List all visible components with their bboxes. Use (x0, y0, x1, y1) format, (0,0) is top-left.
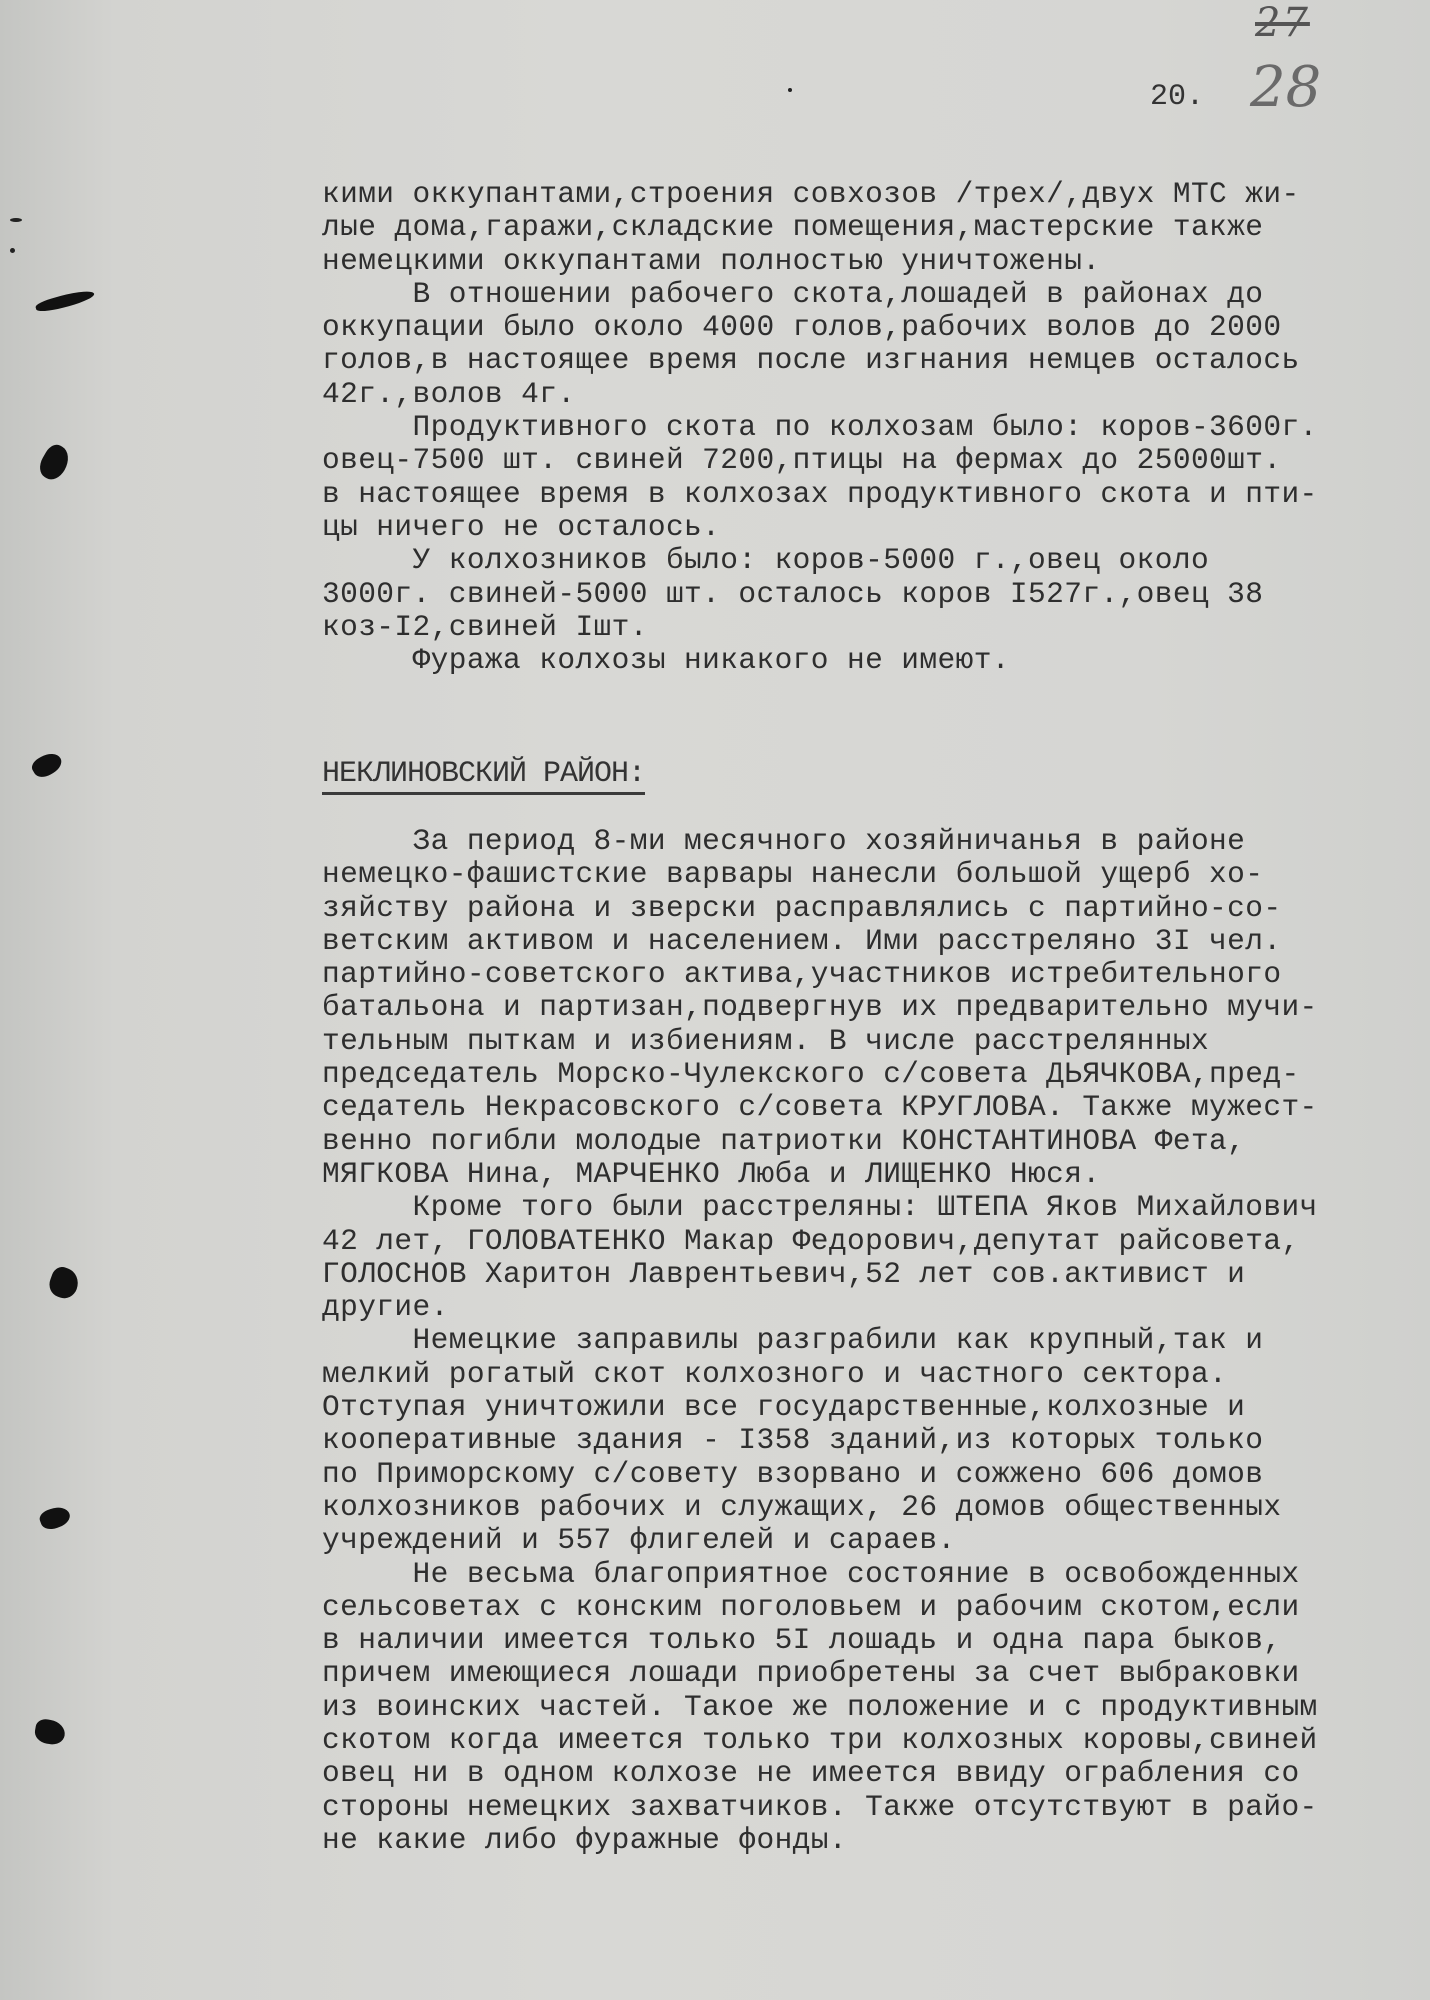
binder-hole-mark (37, 1503, 72, 1532)
text-line: мелкий рогатый скот колхозного и частног… (322, 1358, 1412, 1391)
text-line: лые дома,гаражи,складские помещения,маст… (322, 211, 1412, 244)
text-line: Немецкие заправилы разграбили как крупны… (322, 1324, 1412, 1357)
text-line: 3000г. свиней-5000 шт. осталось коров I5… (322, 578, 1412, 611)
text-line: сельсоветах с конским поголовьем и рабоч… (322, 1591, 1412, 1624)
text-line: в наличии имеется только 5I лошадь и одн… (322, 1624, 1412, 1657)
typed-page-number: 20. (1150, 80, 1204, 114)
text-line: председатель Морско-Чулекского с/совета … (322, 1058, 1412, 1091)
text-line: У колхозников было: коров-5000 г.,овец о… (322, 544, 1412, 577)
text-line: зяйству района и зверски расправлялись с… (322, 892, 1412, 925)
text-line: колхозников рабочих и служащих, 26 домов… (322, 1491, 1412, 1524)
text-line: В отношении рабочего скота,лошадей в рай… (322, 278, 1412, 311)
text-line: кими оккупантами,строения совхозов /трех… (322, 178, 1412, 211)
text-line: Не весьма благоприятное состояние в осво… (322, 1558, 1412, 1591)
paper-speck (788, 88, 792, 92)
text-line: овец ни в одном колхозе не имеется ввиду… (322, 1757, 1412, 1790)
text-line: венно погибли молодые патриотки КОНСТАНТ… (322, 1125, 1412, 1158)
text-line: из воинских частей. Такое же положение и… (322, 1691, 1412, 1724)
text-line: скотом когда имеется только три колхозны… (322, 1724, 1412, 1757)
text-line: Продуктивного скота по колхозам было: ко… (322, 411, 1412, 444)
text-line: ГОЛОСНОВ Харитон Лаврентьевич,52 лет сов… (322, 1258, 1412, 1291)
binder-hole-mark (34, 287, 95, 314)
text-line: кооперативные здания - I358 зданий,из ко… (322, 1424, 1412, 1457)
text-line: не какие либо фуражные фонды. (322, 1824, 1412, 1857)
text-line: овец-7500 шт. свиней 7200,птицы на ферма… (322, 444, 1412, 477)
text-line: Кроме того были расстреляны: ШТЕПА Яков … (322, 1191, 1412, 1224)
text-line: голов,в настоящее время после изгнания н… (322, 344, 1412, 377)
text-line: партийно-советского актива,участников ис… (322, 958, 1412, 991)
paper-speck (10, 218, 22, 222)
text-line: причем имеющиеся лошади приобретены за с… (322, 1657, 1412, 1690)
text-line: стороны немецких захватчиков. Также отсу… (322, 1791, 1412, 1824)
document-page: 27 20. 28 кими оккупантами,строения совх… (0, 0, 1430, 2000)
text-line: другие. (322, 1291, 1412, 1324)
binder-hole-mark (46, 1264, 83, 1302)
text-line: по Приморскому с/совету взорвано и сожже… (322, 1458, 1412, 1491)
text-line: ветским активом и населением. Ими расстр… (322, 925, 1412, 958)
text-line: 42г.,волов 4г. (322, 378, 1412, 411)
text-line: оккупации было около 4000 голов,рабочих … (322, 311, 1412, 344)
text-line: 42 лет, ГОЛОВАТЕНКО Макар Федорович,депу… (322, 1225, 1412, 1258)
text-block-neklinovsky: За период 8-ми месячного хозяйничанья в … (322, 825, 1412, 1857)
text-line: немецко-фашистские варвары нанесли больш… (322, 858, 1412, 891)
section-heading: НЕКЛИНОВСКИЙ РАЙОН: (322, 757, 645, 795)
text-line: коз-I2,свиней Iшт. (322, 611, 1412, 644)
binder-hole-mark (29, 749, 65, 781)
text-block-livestock: кими оккупантами,строения совхозов /трех… (322, 178, 1412, 677)
text-line: цы ничего не осталось. (322, 511, 1412, 544)
handwritten-page-number: 28 (1250, 55, 1321, 120)
text-line: учреждений и 557 флигелей и сараев. (322, 1524, 1412, 1557)
paper-speck (10, 248, 15, 253)
text-line: немецкими оккупантами полностью уничтоже… (322, 245, 1412, 278)
binder-hole-mark (35, 441, 74, 484)
text-line: Отступая уничтожили все государственные,… (322, 1391, 1412, 1424)
text-line: МЯГКОВА Нина, МАРЧЕНКО Люба и ЛИЩЕНКО Ню… (322, 1158, 1412, 1191)
text-line: батальона и партизан,подвергнув их предв… (322, 991, 1412, 1024)
binder-hole-mark (33, 1718, 67, 1747)
struck-page-number: 27 (1255, 0, 1310, 46)
text-line: За период 8-ми месячного хозяйничанья в … (322, 825, 1412, 858)
text-line: седатель Некрасовского с/совета КРУГЛОВА… (322, 1091, 1412, 1124)
text-line: Фуража колхозы никакого не имеют. (322, 644, 1412, 677)
text-line: тельным пыткам и избиениям. В числе расс… (322, 1025, 1412, 1058)
text-line: в настоящее время в колхозах продуктивно… (322, 478, 1412, 511)
